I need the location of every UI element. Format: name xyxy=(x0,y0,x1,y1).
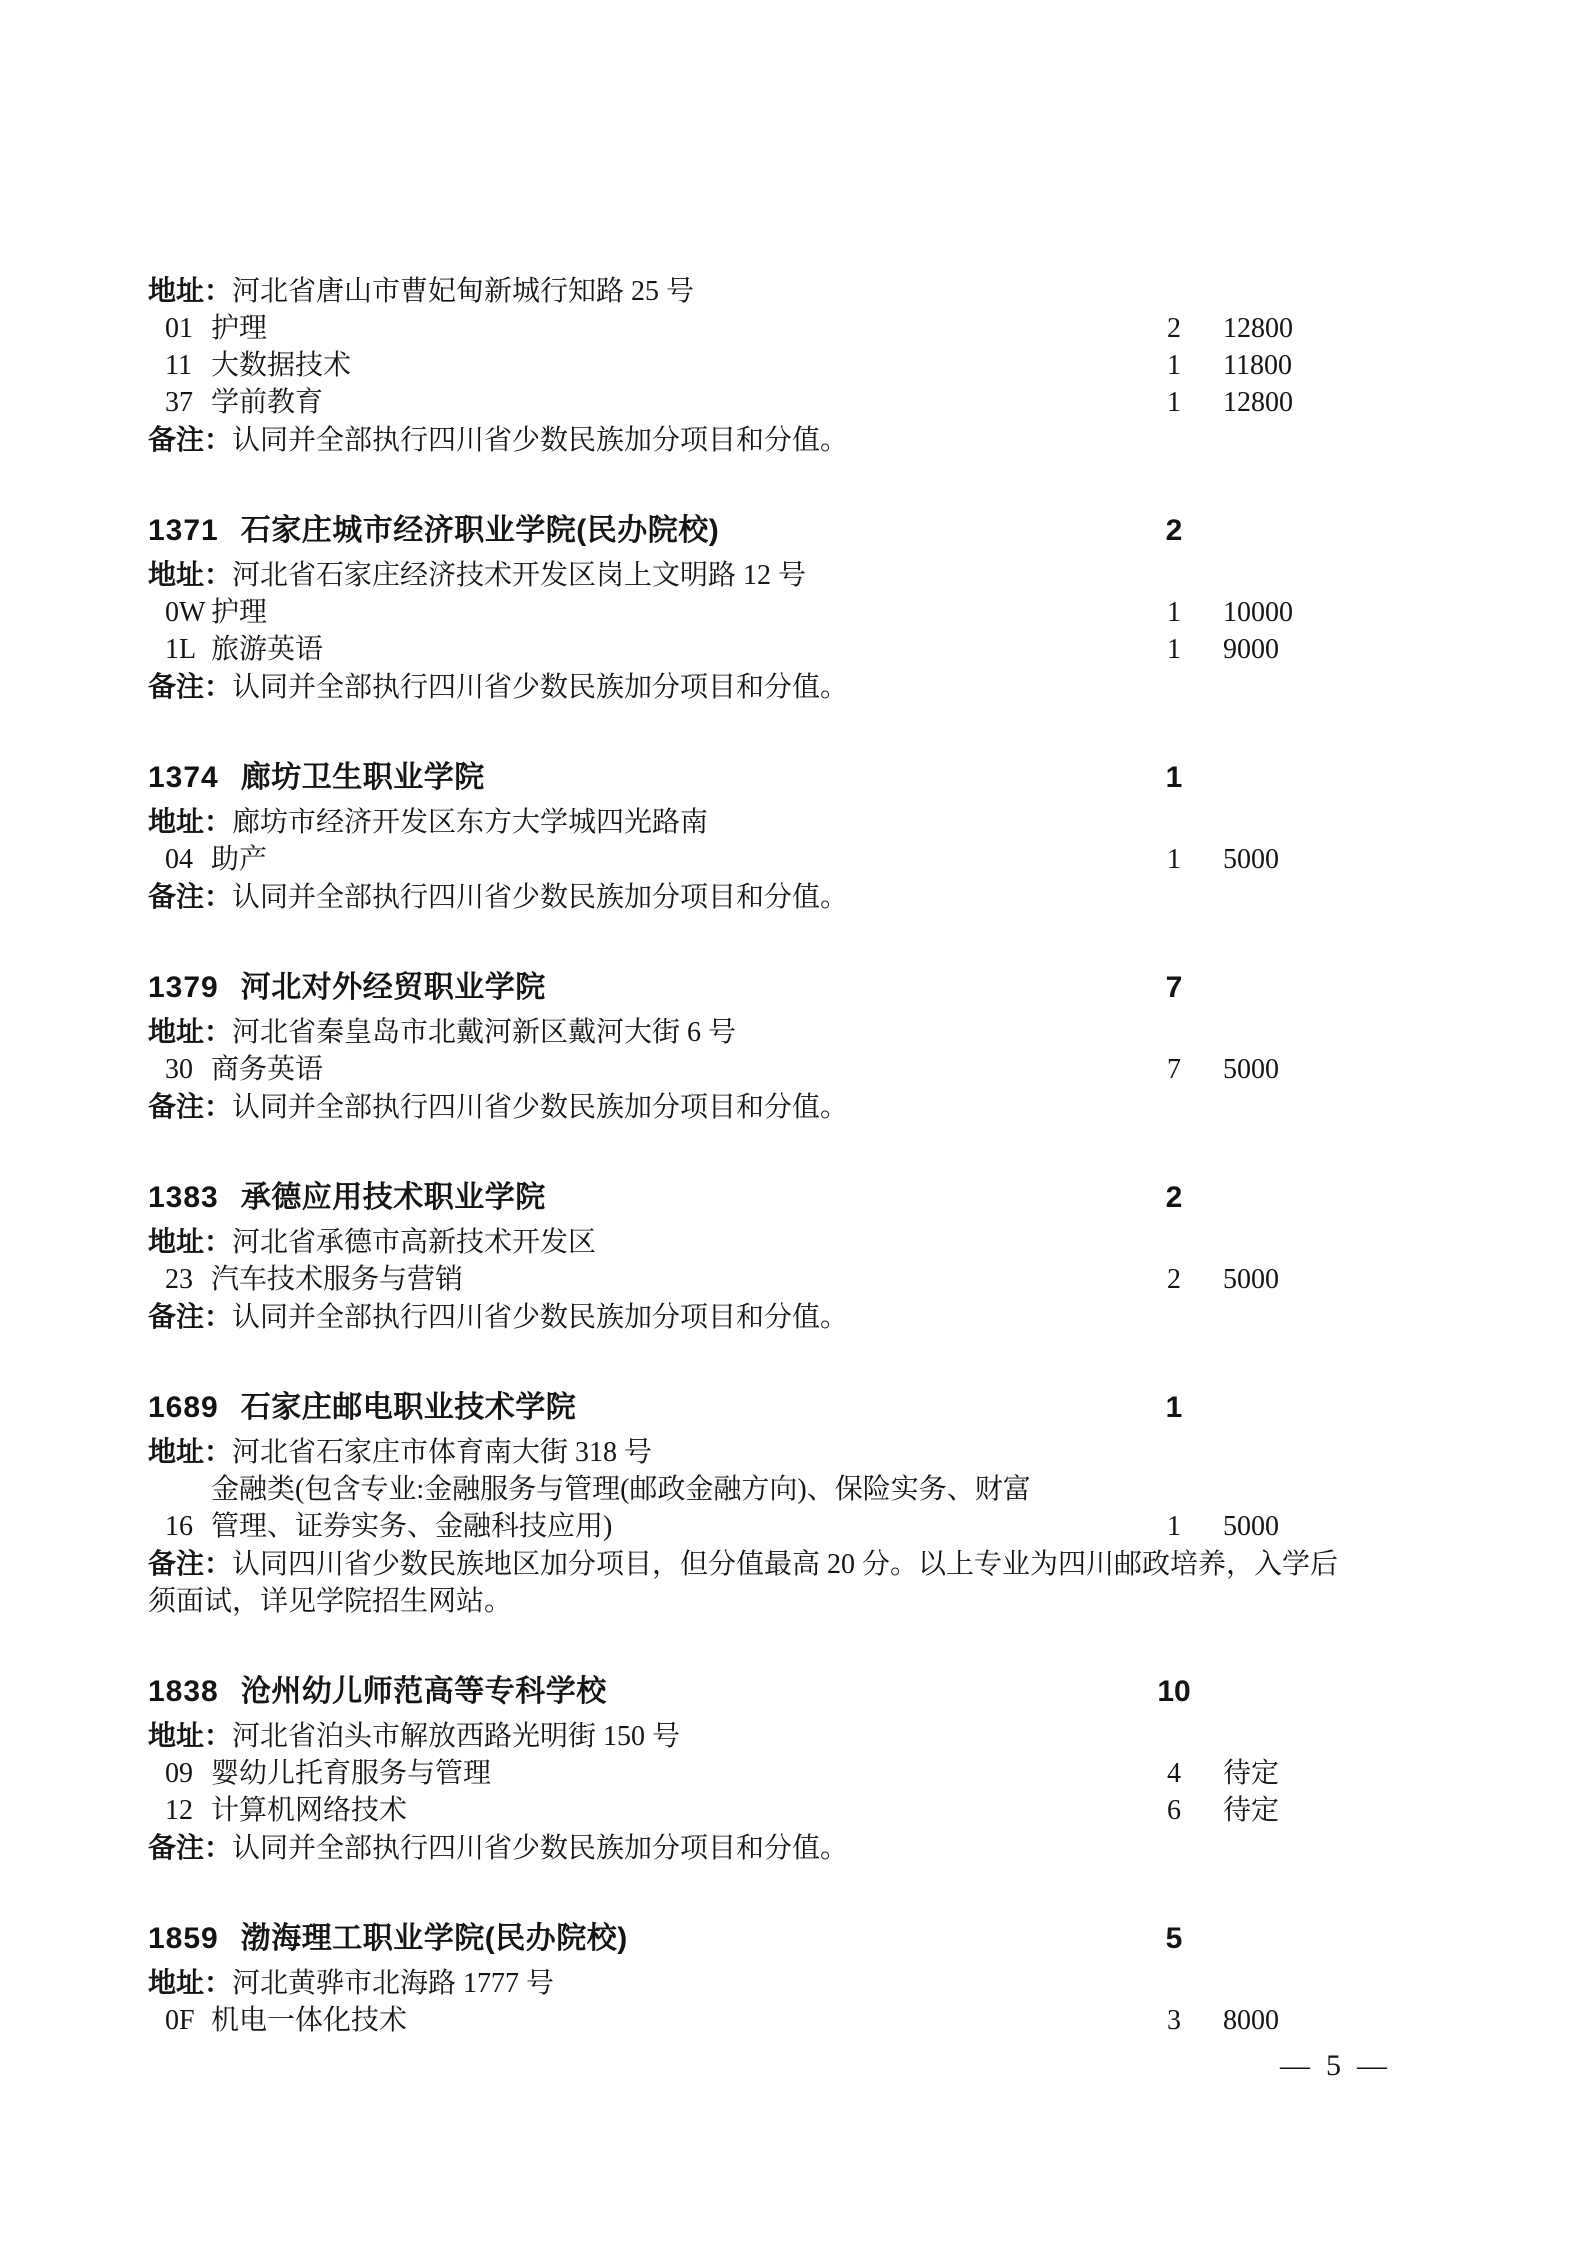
major-name: 大数据技术 xyxy=(211,347,351,384)
major-plan-count: 4 xyxy=(1150,1755,1198,1792)
address-label: 地址： xyxy=(148,1016,232,1047)
major-row: 1L 旅游英语 1 9000 xyxy=(148,631,1388,668)
address-line: 地址：河北省石家庄市体育南大街 318 号 xyxy=(148,1433,1388,1471)
college-section: 1383 承德应用技术职业学院 2 地址：河北省承德市高新技术开发区 23 汽车… xyxy=(148,1178,1388,1336)
major-fee: 11800 xyxy=(1198,347,1388,384)
college-section: 1689 石家庄邮电职业技术学院 1 地址：河北省石家庄市体育南大街 318 号… xyxy=(148,1388,1388,1620)
college-code: 1689 xyxy=(148,1388,219,1428)
major-fee: 12800 xyxy=(1198,310,1388,347)
address-line: 地址：河北省秦皇岛市北戴河新区戴河大街 6 号 xyxy=(148,1013,1388,1051)
college-code: 1859 xyxy=(148,1919,219,1959)
major-code: 23 xyxy=(165,1261,211,1298)
major-plan-count: 1 xyxy=(1150,841,1198,878)
remark-text: 认同并全部执行四川省少数民族加分项目和分值。 xyxy=(232,1092,848,1123)
address-line: 地址：河北黄骅市北海路 1777 号 xyxy=(148,1964,1388,2002)
remark-label: 备注： xyxy=(148,671,232,702)
address-label: 地址： xyxy=(148,275,232,306)
majors-list: 0F 机电一体化技术 3 8000 xyxy=(148,2002,1388,2039)
major-code: 0F xyxy=(165,2002,211,2039)
college-heading: 1374 廊坊卫生职业学院 1 xyxy=(148,758,1388,798)
major-code: 37 xyxy=(165,384,211,421)
remark-text: 认同并全部执行四川省少数民族加分项目和分值。 xyxy=(232,1302,848,1333)
college-plan-count: 2 xyxy=(1150,511,1198,551)
college-heading: 1838 沧州幼儿师范高等专科学校 10 xyxy=(148,1672,1388,1712)
document-page: 地址：河北省唐山市曹妃甸新城行知路 25 号 01 护理 2 12800 11 … xyxy=(0,0,1587,2245)
college-heading: 1689 石家庄邮电职业技术学院 1 xyxy=(148,1388,1388,1428)
major-name: 计算机网络技术 xyxy=(211,1792,407,1829)
major-plan-count: 1 xyxy=(1150,347,1198,384)
remark-line: 备注：认同并全部执行四川省少数民族加分项目和分值。 xyxy=(148,1829,1366,1867)
majors-list: 09 婴幼儿托育服务与管理 4 待定 12 计算机网络技术 6 待定 xyxy=(148,1755,1388,1829)
major-code: 1L xyxy=(165,631,211,668)
major-name: 助产 xyxy=(211,841,267,878)
major-fee: 待定 xyxy=(1198,1755,1388,1792)
page-number-dash-right: — xyxy=(1357,2049,1387,2082)
address-line: 地址：河北省石家庄经济技术开发区岗上文明路 12 号 xyxy=(148,556,1388,594)
college-code: 1838 xyxy=(148,1672,219,1712)
major-row: 04 助产 1 5000 xyxy=(148,841,1388,878)
major-name: 机电一体化技术 xyxy=(211,2002,407,2039)
major-name: 学前教育 xyxy=(211,384,323,421)
major-plan-count: 7 xyxy=(1150,1051,1198,1088)
remark-text: 认同并全部执行四川省少数民族加分项目和分值。 xyxy=(232,1833,848,1864)
address-label: 地址： xyxy=(148,559,232,590)
remark-label: 备注： xyxy=(148,1832,232,1863)
address-line: 地址：河北省唐山市曹妃甸新城行知路 25 号 xyxy=(148,272,1388,310)
college-plan-count: 1 xyxy=(1150,758,1198,798)
major-name: 金融类(包含专业:金融服务与管理(邮政金融方向)、保险实务、财富管理、证券实务、… xyxy=(211,1471,1046,1545)
major-row: 11 大数据技术 1 11800 xyxy=(148,347,1388,384)
major-code: 01 xyxy=(165,310,211,347)
major-plan-count: 2 xyxy=(1150,310,1198,347)
major-name: 汽车技术服务与营销 xyxy=(211,1261,463,1298)
college-plan-count: 7 xyxy=(1150,968,1198,1008)
page-footer: —5— xyxy=(1280,2046,1387,2086)
majors-list: 23 汽车技术服务与营销 2 5000 xyxy=(148,1261,1388,1298)
remark-label: 备注： xyxy=(148,1548,232,1579)
major-row: 01 护理 2 12800 xyxy=(148,310,1388,347)
major-name: 护理 xyxy=(211,594,267,631)
college-section: 1379 河北对外经贸职业学院 7 地址：河北省秦皇岛市北戴河新区戴河大街 6 … xyxy=(148,968,1388,1126)
remark-label: 备注： xyxy=(148,1091,232,1122)
college-name: 河北对外经贸职业学院 xyxy=(241,968,546,1008)
college-name: 沧州幼儿师范高等专科学校 xyxy=(241,1672,607,1712)
major-fee: 待定 xyxy=(1198,1792,1388,1829)
college-section: 1374 廊坊卫生职业学院 1 地址：廊坊市经济开发区东方大学城四光路南 04 … xyxy=(148,758,1388,916)
college-name: 石家庄城市经济职业学院(民办院校) xyxy=(241,511,719,551)
majors-list: 04 助产 1 5000 xyxy=(148,841,1388,878)
page-number-dash-left: — xyxy=(1280,2049,1310,2082)
college-section: 1859 渤海理工职业学院(民办院校) 5 地址：河北黄骅市北海路 1777 号… xyxy=(148,1919,1388,2039)
college-code: 1379 xyxy=(148,968,219,1008)
remark-line: 备注：认同并全部执行四川省少数民族加分项目和分值。 xyxy=(148,1088,1366,1126)
major-plan-count: 1 xyxy=(1150,631,1198,668)
remark-line: 备注：认同并全部执行四川省少数民族加分项目和分值。 xyxy=(148,668,1366,706)
major-code: 16 xyxy=(165,1508,211,1545)
major-row: 23 汽车技术服务与营销 2 5000 xyxy=(148,1261,1388,1298)
major-plan-count: 1 xyxy=(1150,594,1198,631)
address-text: 河北黄骅市北海路 1777 号 xyxy=(232,1968,554,1999)
major-code: 0W xyxy=(165,594,211,631)
document-body: 地址：河北省唐山市曹妃甸新城行知路 25 号 01 护理 2 12800 11 … xyxy=(148,272,1388,2039)
college-plan-count: 10 xyxy=(1150,1672,1198,1712)
major-code: 30 xyxy=(165,1051,211,1088)
address-text: 河北省承德市高新技术开发区 xyxy=(232,1227,596,1258)
college-heading: 1859 渤海理工职业学院(民办院校) 5 xyxy=(148,1919,1388,1959)
majors-list: 0W 护理 1 10000 1L 旅游英语 1 9000 xyxy=(148,594,1388,668)
address-text: 廊坊市经济开发区东方大学城四光路南 xyxy=(232,807,708,838)
address-line: 地址：河北省泊头市解放西路光明街 150 号 xyxy=(148,1717,1388,1755)
address-line: 地址：河北省承德市高新技术开发区 xyxy=(148,1223,1388,1261)
major-plan-count: 6 xyxy=(1150,1792,1198,1829)
major-row: 0F 机电一体化技术 3 8000 xyxy=(148,2002,1388,2039)
major-name: 旅游英语 xyxy=(211,631,323,668)
major-code: 11 xyxy=(165,347,211,384)
major-name: 商务英语 xyxy=(211,1051,323,1088)
address-line: 地址：廊坊市经济开发区东方大学城四光路南 xyxy=(148,803,1388,841)
major-name: 婴幼儿托育服务与管理 xyxy=(211,1755,491,1792)
major-name: 护理 xyxy=(211,310,267,347)
major-plan-count: 1 xyxy=(1150,384,1198,421)
major-row: 0W 护理 1 10000 xyxy=(148,594,1388,631)
address-label: 地址： xyxy=(148,1967,232,1998)
major-fee: 8000 xyxy=(1198,2002,1388,2039)
address-text: 河北省唐山市曹妃甸新城行知路 25 号 xyxy=(232,276,694,307)
college-heading: 1379 河北对外经贸职业学院 7 xyxy=(148,968,1388,1008)
major-plan-count: 2 xyxy=(1150,1261,1198,1298)
college-heading: 1383 承德应用技术职业学院 2 xyxy=(148,1178,1388,1218)
remark-label: 备注： xyxy=(148,881,232,912)
major-code: 04 xyxy=(165,841,211,878)
address-text: 河北省石家庄经济技术开发区岗上文明路 12 号 xyxy=(232,560,806,591)
college-section: 1371 石家庄城市经济职业学院(民办院校) 2 地址：河北省石家庄经济技术开发… xyxy=(148,511,1388,706)
major-row: 16 金融类(包含专业:金融服务与管理(邮政金融方向)、保险实务、财富管理、证券… xyxy=(148,1471,1388,1545)
majors-list: 30 商务英语 7 5000 xyxy=(148,1051,1388,1088)
college-name: 石家庄邮电职业技术学院 xyxy=(241,1388,577,1428)
major-fee: 9000 xyxy=(1198,631,1388,668)
college-name: 渤海理工职业学院(民办院校) xyxy=(241,1919,628,1959)
major-row: 30 商务英语 7 5000 xyxy=(148,1051,1388,1088)
major-fee: 5000 xyxy=(1198,1051,1388,1088)
major-code: 12 xyxy=(165,1792,211,1829)
college-section: 1838 沧州幼儿师范高等专科学校 10 地址：河北省泊头市解放西路光明街 15… xyxy=(148,1672,1388,1867)
major-fee: 12800 xyxy=(1198,384,1388,421)
major-fee: 5000 xyxy=(1198,841,1388,878)
college-name: 承德应用技术职业学院 xyxy=(241,1178,546,1218)
address-label: 地址： xyxy=(148,1720,232,1751)
major-fee: 10000 xyxy=(1198,594,1388,631)
major-fee: 5000 xyxy=(1198,1508,1388,1545)
remark-text: 认同并全部执行四川省少数民族加分项目和分值。 xyxy=(232,882,848,913)
majors-list: 16 金融类(包含专业:金融服务与管理(邮政金融方向)、保险实务、财富管理、证券… xyxy=(148,1471,1388,1545)
college-code: 1383 xyxy=(148,1178,219,1218)
remark-text: 认同并全部执行四川省少数民族加分项目和分值。 xyxy=(232,672,848,703)
major-row: 09 婴幼儿托育服务与管理 4 待定 xyxy=(148,1755,1388,1792)
remark-label: 备注： xyxy=(148,424,232,455)
address-text: 河北省石家庄市体育南大街 318 号 xyxy=(232,1437,652,1468)
remark-label: 备注： xyxy=(148,1301,232,1332)
college-code: 1374 xyxy=(148,758,219,798)
address-label: 地址： xyxy=(148,1226,232,1257)
remark-line: 备注：认同并全部执行四川省少数民族加分项目和分值。 xyxy=(148,878,1366,916)
college-code: 1371 xyxy=(148,511,219,551)
address-label: 地址： xyxy=(148,806,232,837)
remark-line: 备注：认同并全部执行四川省少数民族加分项目和分值。 xyxy=(148,421,1366,459)
page-number: 5 xyxy=(1310,2049,1357,2082)
remark-line: 备注：认同四川省少数民族地区加分项目，但分值最高 20 分。以上专业为四川邮政培… xyxy=(148,1545,1366,1620)
college-plan-count: 2 xyxy=(1150,1178,1198,1218)
college-heading: 1371 石家庄城市经济职业学院(民办院校) 2 xyxy=(148,511,1388,551)
remark-line: 备注：认同并全部执行四川省少数民族加分项目和分值。 xyxy=(148,1298,1366,1336)
address-text: 河北省秦皇岛市北戴河新区戴河大街 6 号 xyxy=(232,1017,736,1048)
address-label: 地址： xyxy=(148,1436,232,1467)
college-plan-count: 1 xyxy=(1150,1388,1198,1428)
address-text: 河北省泊头市解放西路光明街 150 号 xyxy=(232,1721,680,1752)
major-code: 09 xyxy=(165,1755,211,1792)
major-plan-count: 3 xyxy=(1150,2002,1198,2039)
major-row: 12 计算机网络技术 6 待定 xyxy=(148,1792,1388,1829)
college-section: 地址：河北省唐山市曹妃甸新城行知路 25 号 01 护理 2 12800 11 … xyxy=(148,272,1388,459)
majors-list: 01 护理 2 12800 11 大数据技术 1 11800 37 学前教育 1… xyxy=(148,310,1388,421)
college-name: 廊坊卫生职业学院 xyxy=(241,758,485,798)
major-row: 37 学前教育 1 12800 xyxy=(148,384,1388,421)
remark-text: 认同并全部执行四川省少数民族加分项目和分值。 xyxy=(232,425,848,456)
major-plan-count: 1 xyxy=(1150,1508,1198,1545)
college-plan-count: 5 xyxy=(1150,1919,1198,1959)
remark-text: 认同四川省少数民族地区加分项目，但分值最高 20 分。以上专业为四川邮政培养，入… xyxy=(148,1549,1338,1617)
major-fee: 5000 xyxy=(1198,1261,1388,1298)
